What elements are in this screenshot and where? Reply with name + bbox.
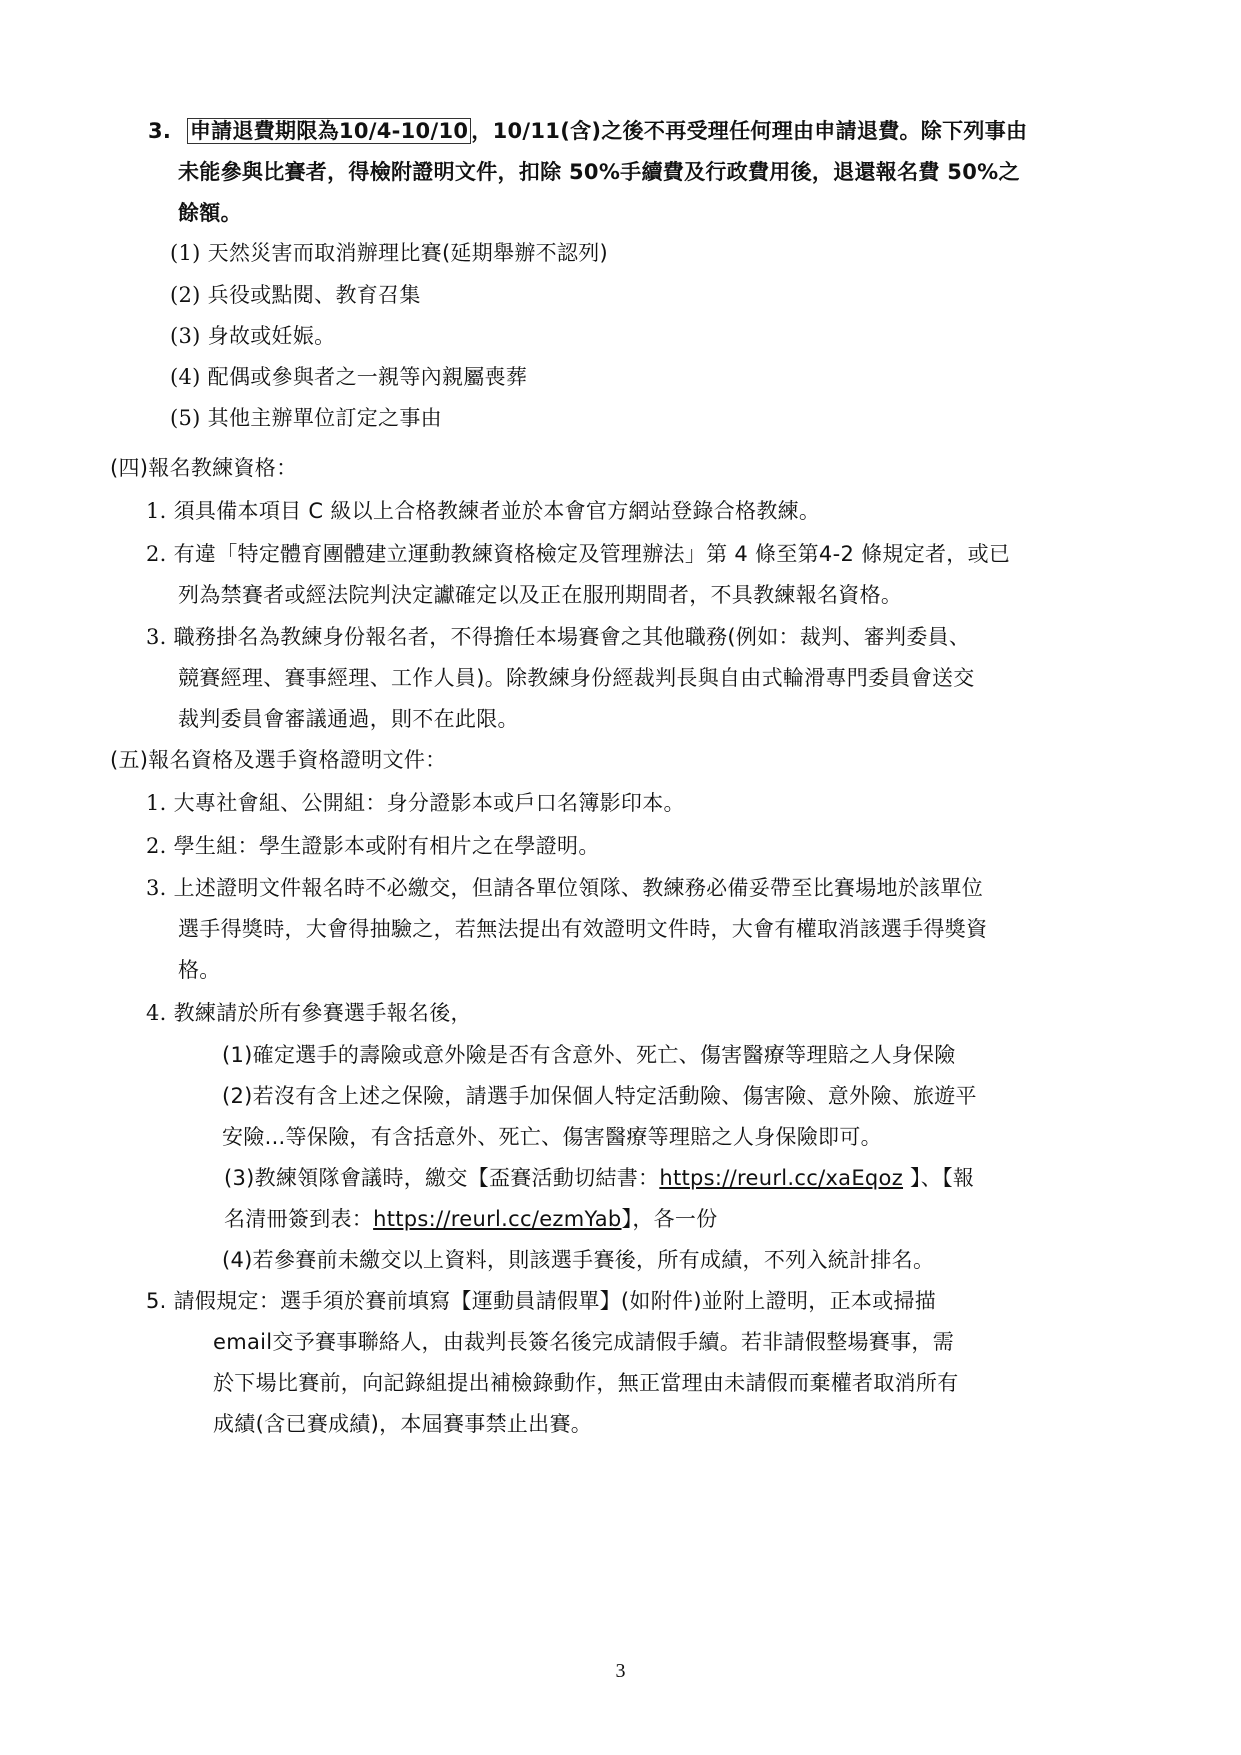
refund-item-line2: 未能參與比賽者，得檢附證明文件，扣除 50%手續費及行政費用後，退還報名費 50…	[178, 157, 1020, 187]
doc-item-4: 4. 教練請於所有參賽選手報名後，	[146, 998, 472, 1028]
leave-rule-line3: 於下場比賽前，向記錄組提出補檢錄動作，無正當理由未請假而棄權者取消所有	[213, 1368, 959, 1398]
coach-item-1: 1. 須具備本項目 C 級以上合格教練者並於本會官方網站登錄合格教練。	[146, 496, 820, 526]
doc-item-1: 1. 大專社會組、公開組：身分證影本或戶口名簿影印本。	[146, 788, 685, 818]
doc-item-3-line3: 格。	[178, 955, 221, 985]
coach-item-2-line2: 列為禁賽者或經法院判決定讞確定以及正在服刑期間者，不具教練報名資格。	[178, 580, 902, 610]
leave-rule: 5. 請假規定：選手須於賽前填寫【運動員請假單】(如附件)並附上證明，正本或掃描	[146, 1286, 936, 1316]
pledge-form-link[interactable]: https://reurl.cc/xaEqoz	[659, 1166, 903, 1190]
reason-1: (1) 天然災害而取消辦理比賽(延期舉辦不認列)	[170, 238, 608, 268]
coach-item-3-line3: 裁判委員會審議通過，則不在此限。	[178, 704, 519, 734]
refund-item-line3: 餘額。	[178, 198, 242, 228]
refund-text: ，10/11(含)之後不再受理任何理由申請退費。除下列事由	[471, 119, 1027, 143]
reason-2: (2) 兵役或點閱、教育召集	[170, 280, 421, 310]
insurance-sub-2-line2: 安險...等保險，有含括意外、死亡、傷害醫療等理賠之人身保險即可。	[222, 1122, 882, 1152]
refund-deadline-box: 申請退費期限為10/4-10/10	[187, 118, 471, 144]
item-number: 3.	[148, 119, 171, 143]
refund-item-line1: 3. 申請退費期限為10/4-10/10，10/11(含)之後不再受理任何理由申…	[148, 116, 1027, 146]
insurance-sub-3-line2: 名清冊簽到表：https://reurl.cc/ezmYab】，各一份	[224, 1204, 718, 1234]
insurance-sub-2: (2)若沒有含上述之保險，請選手加保個人特定活動險、傷害險、意外險、旅遊平	[222, 1081, 977, 1111]
doc-item-3-line2: 選手得獎時，大會得抽驗之，若無法提出有效證明文件時，大會有權取消該選手得獎資	[178, 914, 987, 944]
leave-rule-line2: email交予賽事聯絡人，由裁判長簽名後完成請假手續。若非請假整場賽事，需	[213, 1327, 954, 1357]
doc-item-2: 2. 學生組：學生證影本或附有相片之在學證明。	[146, 831, 600, 861]
insurance-sub-1: (1)確定選手的壽險或意外險是否有含意外、死亡、傷害醫療等理賠之人身保險	[222, 1040, 956, 1070]
insurance-sub-4: (4)若參賽前未繳交以上資料，則該選手賽後，所有成績，不列入統計排名。	[222, 1245, 934, 1275]
page-number: 3	[0, 1660, 1241, 1683]
doc-item-3: 3. 上述證明文件報名時不必繳交，但請各單位領隊、教練務必備妥帶至比賽場地於該單…	[146, 873, 983, 903]
coach-item-3: 3. 職務掛名為教練身份報名者，不得擔任本場賽會之其他職務(例如：裁判、審判委員…	[146, 622, 970, 652]
coach-item-2: 2. 有違「特定體育團體建立運動教練資格檢定及管理辦法」第 4 條至第4-2 條…	[146, 539, 1010, 569]
reason-3: (3) 身故或妊娠。	[170, 321, 335, 351]
section-heading-coach-qualification: (四)報名教練資格：	[110, 453, 297, 483]
insurance-sub-3: (3)教練領隊會議時，繳交【盃賽活動切結書：https://reurl.cc/x…	[224, 1163, 974, 1193]
section-heading-registration-documents: (五)報名資格及選手資格證明文件：	[110, 745, 446, 775]
reason-4: (4) 配偶或參與者之一親等內親屬喪葬	[170, 362, 527, 392]
leave-rule-line4: 成績(含已賽成績)，本屆賽事禁止出賽。	[213, 1409, 592, 1439]
reason-5: (5) 其他主辦單位訂定之事由	[170, 403, 442, 433]
signin-sheet-link[interactable]: https://reurl.cc/ezmYab	[373, 1207, 621, 1231]
coach-item-3-line2: 競賽經理、賽事經理、工作人員)。除教練身份經裁判長與自由式輪滑專門委員會送交	[178, 663, 975, 693]
